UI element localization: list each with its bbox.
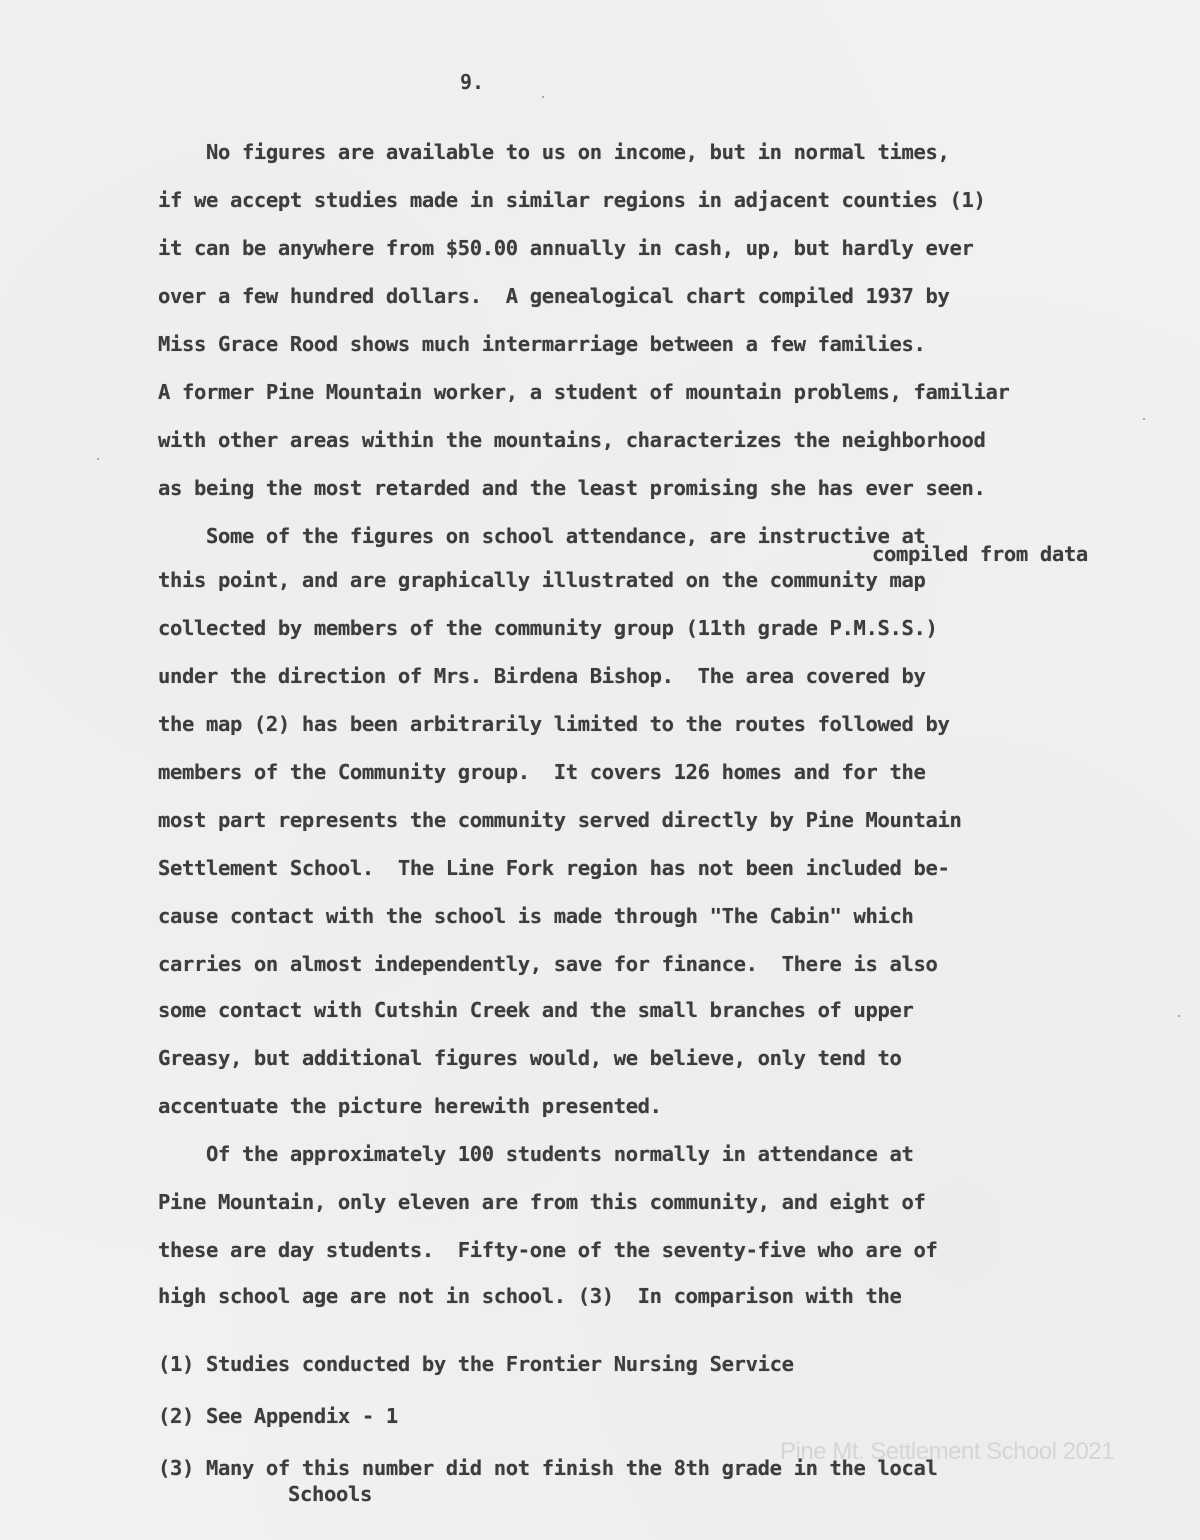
text-line: most part represents the community serve… (158, 808, 961, 832)
paper-speck (1178, 1015, 1180, 1017)
text-line: as being the most retarded and the least… (158, 476, 985, 500)
text-line: high school age are not in school. (3) I… (158, 1284, 902, 1308)
text-line: No figures are available to us on income… (158, 140, 949, 164)
text-line: Greasy, but additional figures would, we… (158, 1046, 902, 1070)
text-line: this point, and are graphically illustra… (158, 568, 926, 592)
text-line: over a few hundred dollars. A genealogic… (158, 284, 949, 308)
text-line: carries on almost independently, save fo… (158, 952, 937, 976)
text-line: Of the approximately 100 students normal… (158, 1142, 914, 1166)
text-line: if we accept studies made in similar reg… (158, 188, 985, 212)
text-line: collected by members of the community gr… (158, 616, 937, 640)
footnote-line: Schools (288, 1482, 372, 1506)
paper-speck (542, 96, 544, 98)
text-line: cause contact with the school is made th… (158, 904, 914, 928)
footnote-line: (1) Studies conducted by the Frontier Nu… (158, 1352, 794, 1376)
text-line: some contact with Cutshin Creek and the … (158, 998, 914, 1022)
text-line: under the direction of Mrs. Birdena Bish… (158, 664, 926, 688)
text-line: members of the Community group. It cover… (158, 760, 926, 784)
text-line: accentuate the picture herewith presente… (158, 1094, 662, 1118)
text-line: Some of the figures on school attendance… (158, 524, 926, 548)
text-line: it can be anywhere from $50.00 annually … (158, 236, 973, 260)
footnote-line: (2) See Appendix - 1 (158, 1404, 398, 1428)
text-line: Miss Grace Rood shows much intermarriage… (158, 332, 926, 356)
text-line: Settlement School. The Line Fork region … (158, 856, 949, 880)
page-number: 9. (460, 70, 484, 94)
document-page: 9. No figures are available to us on inc… (0, 0, 1200, 1540)
text-line: the map (2) has been arbitrarily limited… (158, 712, 949, 736)
text-line: A former Pine Mountain worker, a student… (158, 380, 1009, 404)
text-line: these are day students. Fifty-one of the… (158, 1238, 937, 1262)
watermark: Pine Mt. Settlement School 2021 (780, 1438, 1114, 1466)
text-line: compiled from data (872, 542, 1088, 566)
text-line: Pine Mountain, only eleven are from this… (158, 1190, 926, 1214)
text-line: with other areas within the mountains, c… (158, 428, 985, 452)
paper-speck (1143, 418, 1145, 420)
paper-speck (97, 458, 99, 460)
